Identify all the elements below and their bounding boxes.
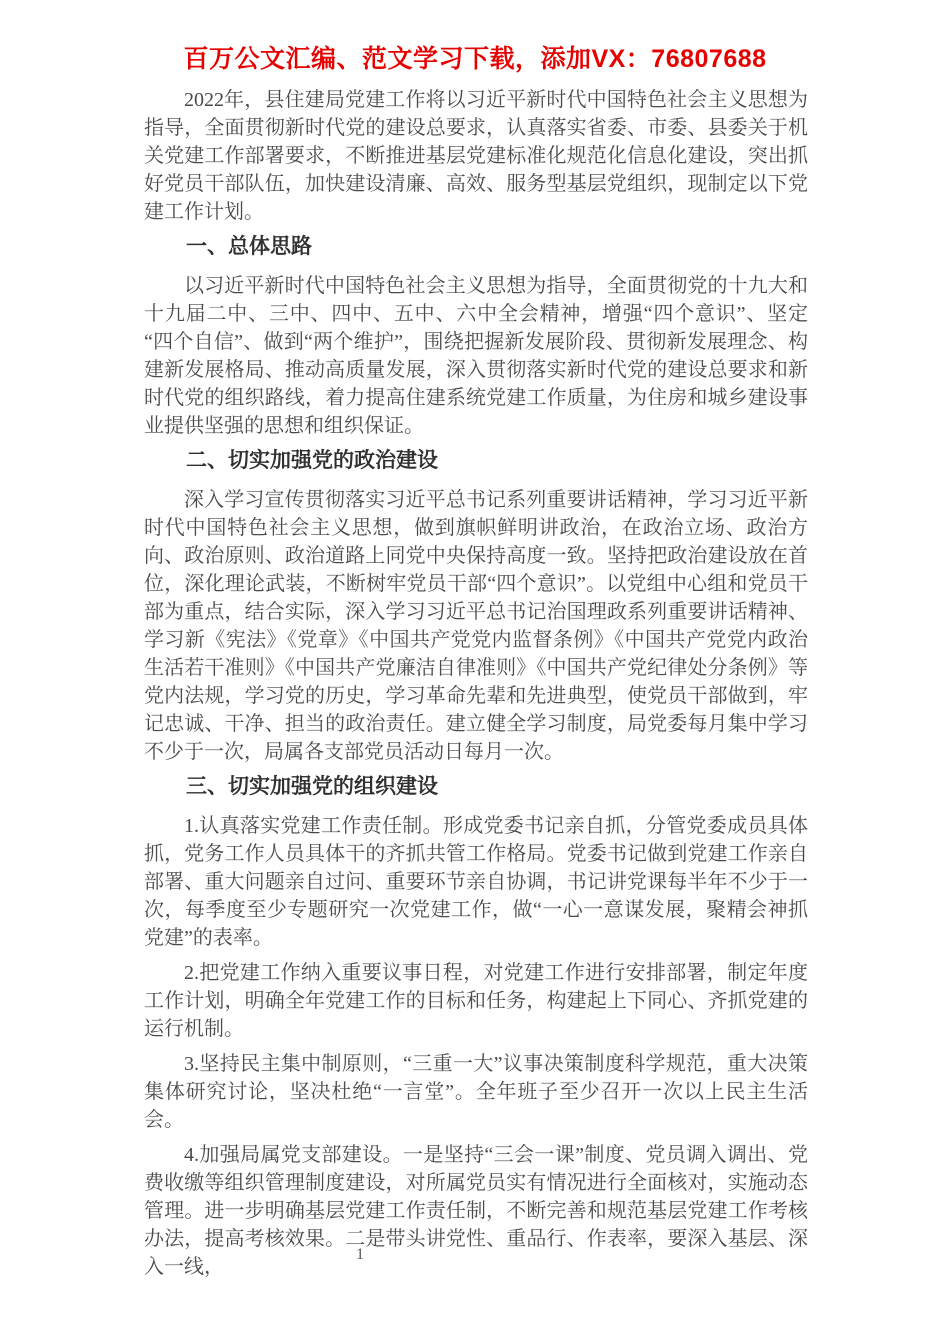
section-3-paragraph-2: 2.把党建工作纳入重要议事日程，对党建工作进行安排部署，制定年度工作计划，明确全… (144, 959, 808, 1043)
section-3-paragraph-3: 3.坚持民主集中制原则，“三重一大”议事决策制度科学规范，重大决策集体研究讨论，… (144, 1050, 808, 1134)
section-heading-3: 三、切实加强党的组织建设 (144, 773, 808, 801)
section-2-paragraph: 深入学习宣传贯彻落实习近平总书记系列重要讲话精神，学习习近平新时代中国特色社会主… (144, 486, 808, 766)
section-3-paragraph-1: 1.认真落实党建工作责任制。形成党委书记亲自抓，分管党委成员具体抓，党务工作人员… (144, 812, 808, 952)
section-1-paragraph: 以习近平新时代中国特色社会主义思想为指导，全面贯彻党的十九大和十九届二中、三中、… (144, 272, 808, 440)
section-3-paragraph-4: 4.加强局属党支部建设。一是坚持“三会一课”制度、党员调入调出、党费收缴等组织管… (144, 1141, 808, 1281)
document-body: 2022年，县住建局党建工作将以习近平新时代中国特色社会主义思想为指导，全面贯彻… (144, 86, 808, 1288)
header-promo-notice: 百万公文汇编、范文学习下载，添加VX：76807688 (0, 44, 950, 74)
section-heading-2: 二、切实加强党的政治建设 (144, 447, 808, 475)
intro-paragraph: 2022年，县住建局党建工作将以习近平新时代中国特色社会主义思想为指导，全面贯彻… (144, 86, 808, 226)
page-number: 1 (356, 1246, 364, 1264)
section-heading-1: 一、总体思路 (144, 233, 808, 261)
document-page: 百万公文汇编、范文学习下载，添加VX：76807688 2022年，县住建局党建… (0, 0, 950, 1344)
